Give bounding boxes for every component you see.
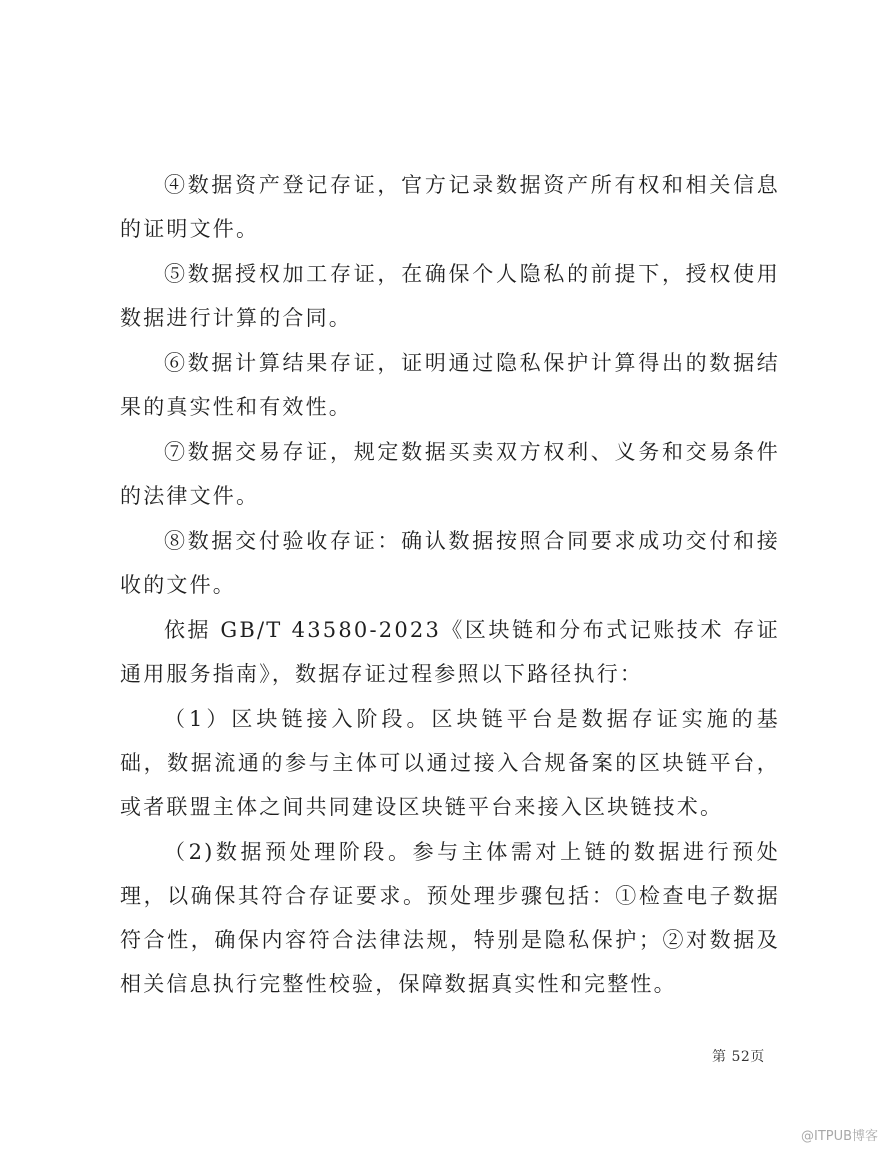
paragraph-blockchain-access-stage: （1）区块链接入阶段。区块链平台是数据存证实施的基础，数据流通的参与主体可以通过…: [120, 697, 780, 829]
paragraph-standard-reference: 依据 GB/T 43580-2023《区块链和分布式记账技术 存证通用服务指南》…: [120, 608, 780, 696]
document-body: ④数据资产登记存证，官方记录数据资产所有权和相关信息的证明文件。 ⑤数据授权加工…: [120, 163, 780, 1006]
page-number: 第 52页: [712, 1046, 765, 1066]
paragraph-authorization-evidence: ⑤数据授权加工存证，在确保个人隐私的前提下，授权使用数据进行计算的合同。: [120, 252, 780, 340]
paragraph-delivery-acceptance-evidence: ⑧数据交付验收存证：确认数据按照合同要求成功交付和接收的文件。: [120, 519, 780, 607]
document-page: ④数据资产登记存证，官方记录数据资产所有权和相关信息的证明文件。 ⑤数据授权加工…: [0, 0, 890, 1151]
paragraph-transaction-evidence: ⑦数据交易存证，规定数据买卖双方权利、义务和交易条件的法律文件。: [120, 430, 780, 518]
paragraph-computation-result-evidence: ⑥数据计算结果存证，证明通过隐私保护计算得出的数据结果的真实性和有效性。: [120, 341, 780, 429]
watermark: @ITPUB博客: [801, 1125, 878, 1144]
paragraph-registration-evidence: ④数据资产登记存证，官方记录数据资产所有权和相关信息的证明文件。: [120, 163, 780, 251]
paragraph-data-preprocessing-stage: （2)数据预处理阶段。参与主体需对上链的数据进行预处理，以确保其符合存证要求。预…: [120, 830, 780, 1006]
